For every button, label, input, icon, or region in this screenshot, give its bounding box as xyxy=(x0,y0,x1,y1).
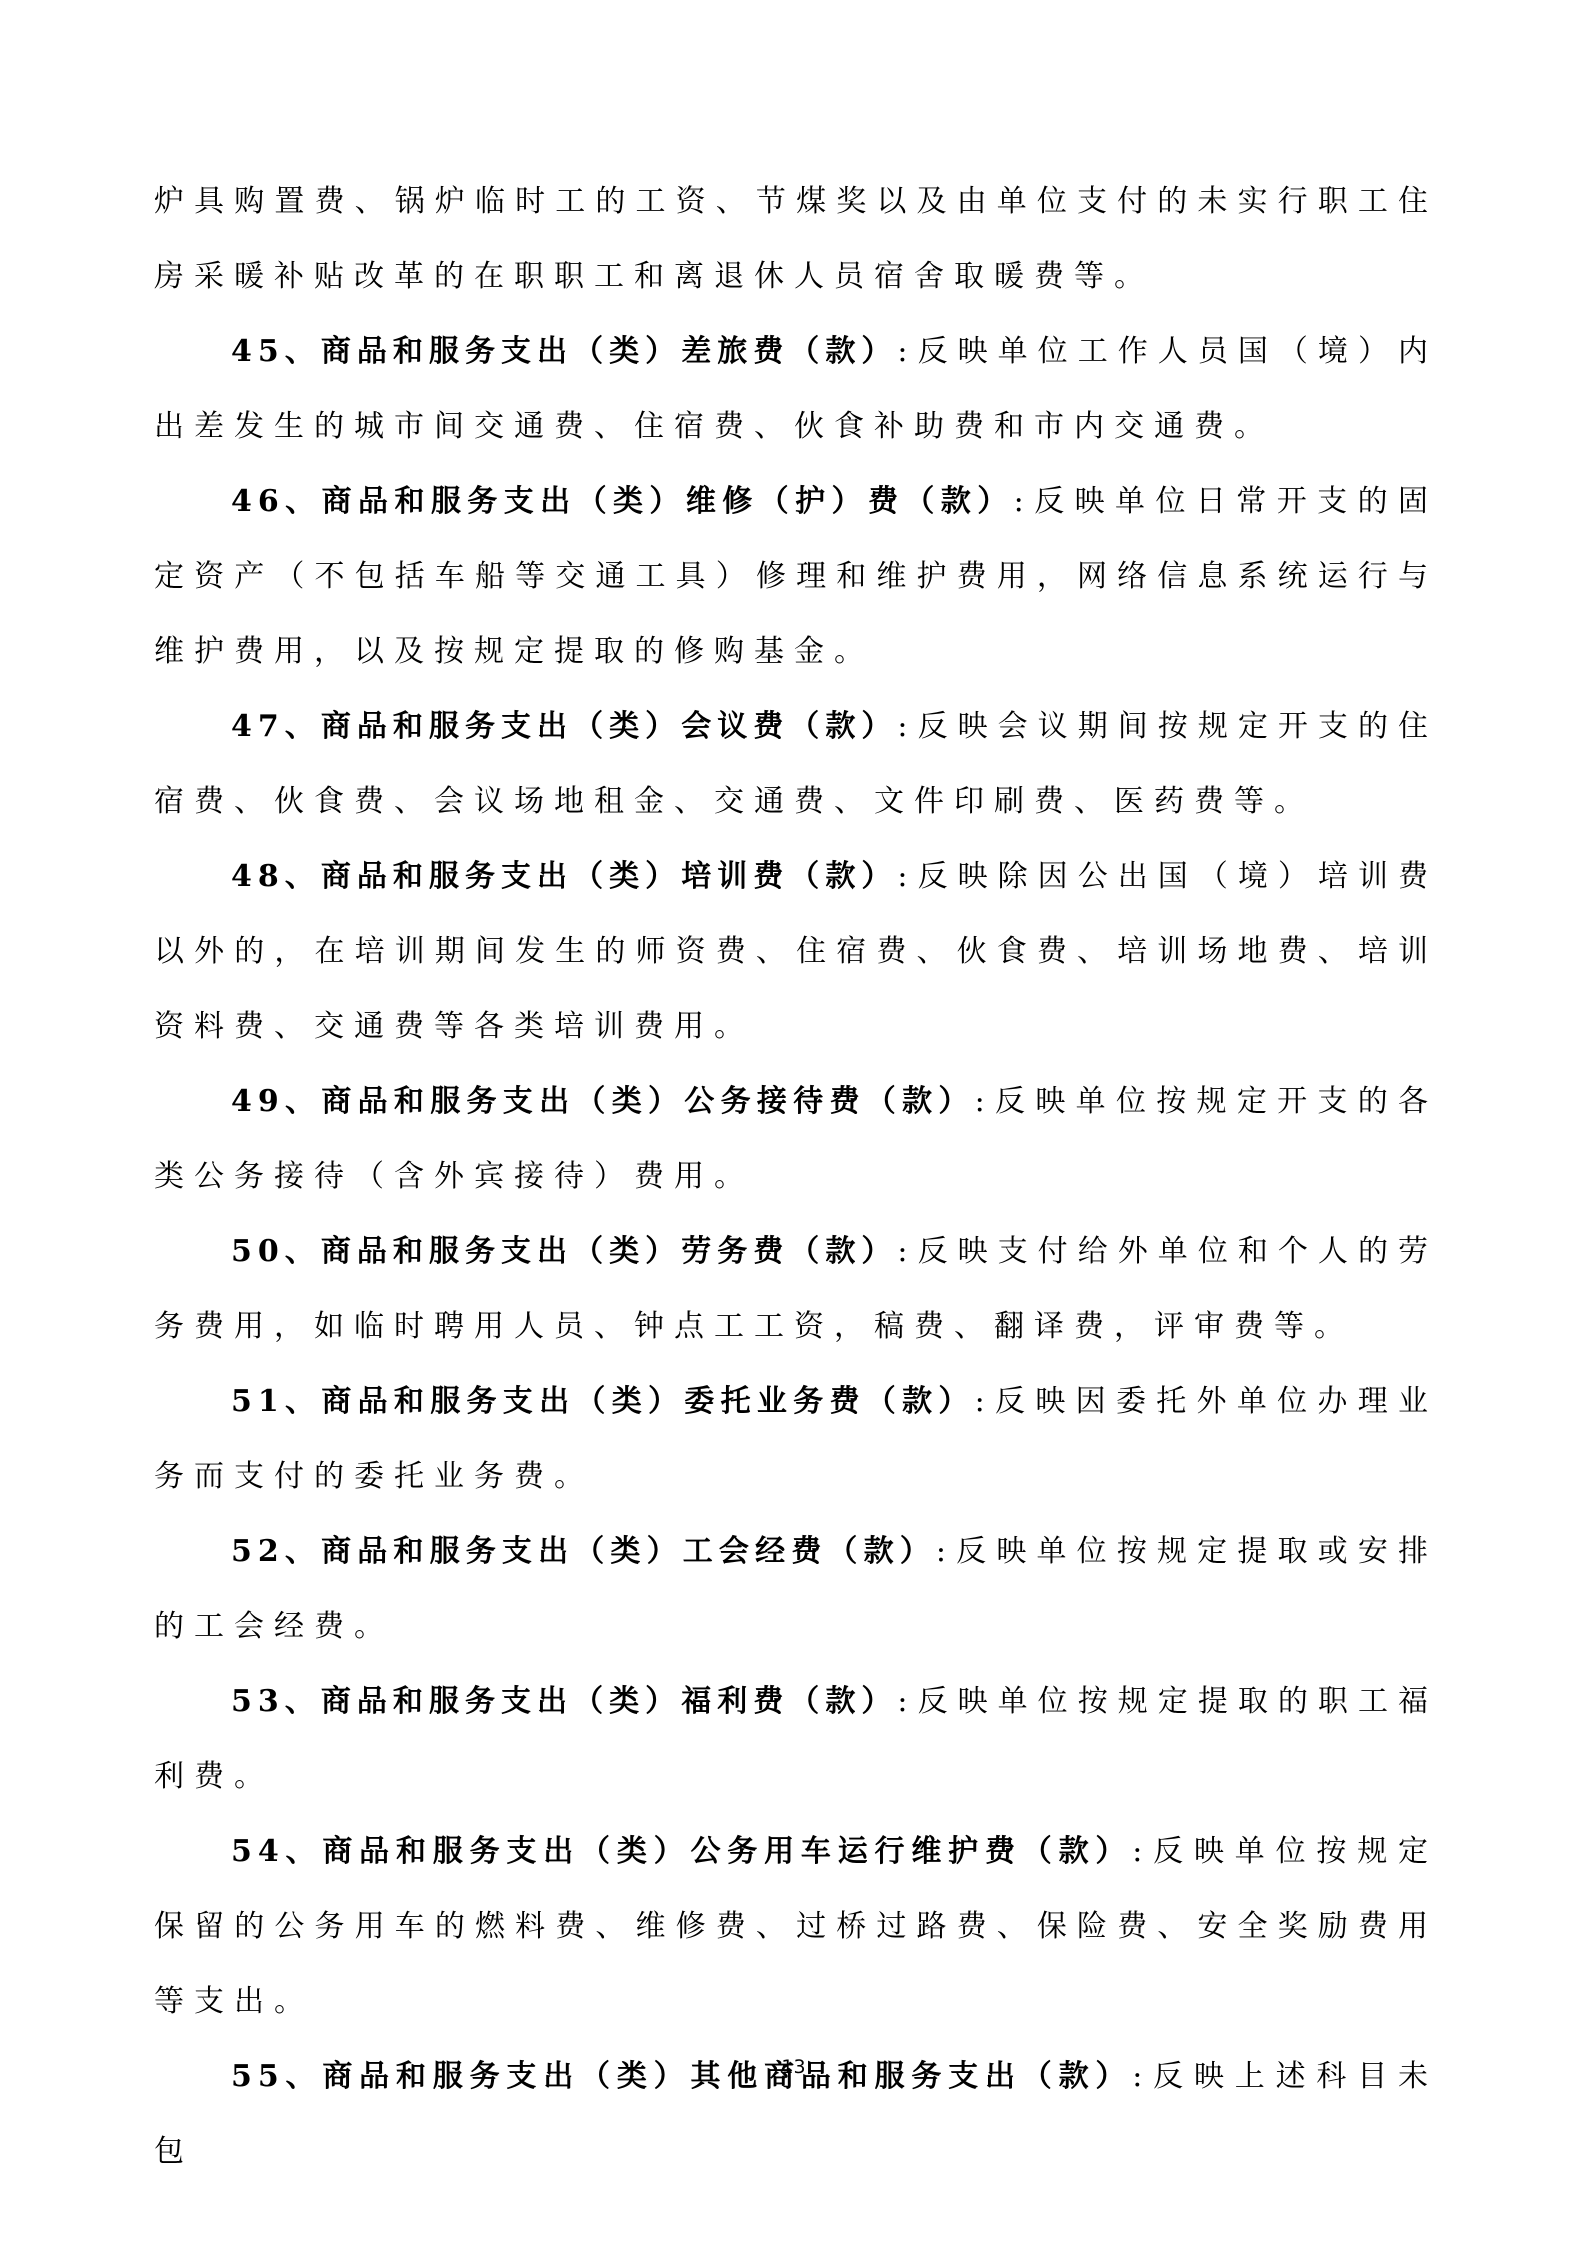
item-heading: 51、商品和服务支出（类）委托业务费（款） xyxy=(231,1384,975,1419)
document-body: 炉具购置费、锅炉临时工的工资、节煤奖以及由单位支付的未实行职工住房采暖补贴改革的… xyxy=(154,164,1438,2189)
item-separator: : xyxy=(1014,484,1034,519)
item-heading: 49、商品和服务支出（类）公务接待费（款） xyxy=(231,1084,975,1119)
list-item-52: 52、商品和服务支出（类）工会经费（款）:反映单位按规定提取或安排的工会经费。 xyxy=(154,1514,1438,1664)
list-item-49: 49、商品和服务支出（类）公务接待费（款）:反映单位按规定开支的各类公务接待（含… xyxy=(154,1064,1438,1214)
item-separator: : xyxy=(936,1534,956,1569)
item-heading: 52、商品和服务支出（类）工会经费（款） xyxy=(231,1534,936,1569)
list-item-46: 46、商品和服务支出（类）维修（护）费（款）:反映单位日常开支的固定资产（不包括… xyxy=(154,464,1438,689)
item-heading: 54、商品和服务支出（类）公务用车运行维护费（款） xyxy=(231,1834,1132,1869)
document-page: 炉具购置费、锅炉临时工的工资、节煤奖以及由单位支付的未实行职工住房采暖补贴改革的… xyxy=(0,0,1587,2245)
item-heading: 46、商品和服务支出（类）维修（护）费（款） xyxy=(231,484,1014,519)
item-heading: 45、商品和服务支出（类）差旅费（款） xyxy=(231,334,897,369)
list-item-53: 53、商品和服务支出（类）福利费（款）:反映单位按规定提取的职工福利费。 xyxy=(154,1664,1438,1814)
list-item-54: 54、商品和服务支出（类）公务用车运行维护费（款）:反映单位按规定保留的公务用车… xyxy=(154,1814,1438,2039)
item-separator: : xyxy=(897,334,917,369)
continuation-paragraph: 炉具购置费、锅炉临时工的工资、节煤奖以及由单位支付的未实行职工住房采暖补贴改革的… xyxy=(154,164,1438,314)
item-heading: 48、商品和服务支出（类）培训费（款） xyxy=(231,859,897,894)
list-item-47: 47、商品和服务支出（类）会议费（款）:反映会议期间按规定开支的住宿费、伙食费、… xyxy=(154,689,1438,839)
item-separator: : xyxy=(897,709,917,744)
item-separator: : xyxy=(975,1384,995,1419)
item-separator: : xyxy=(897,1234,917,1269)
item-separator: : xyxy=(1132,1834,1152,1869)
item-separator: : xyxy=(975,1084,995,1119)
item-separator: : xyxy=(897,1684,917,1719)
item-heading: 53、商品和服务支出（类）福利费（款） xyxy=(231,1684,897,1719)
item-heading: 50、商品和服务支出（类）劳务费（款） xyxy=(231,1234,897,1269)
item-heading: 47、商品和服务支出（类）会议费（款） xyxy=(231,709,897,744)
list-item-51: 51、商品和服务支出（类）委托业务费（款）:反映因委托外单位办理业务而支付的委托… xyxy=(154,1364,1438,1514)
item-separator: : xyxy=(897,859,917,894)
list-item-48: 48、商品和服务支出（类）培训费（款）:反映除因公出国（境）培训费以外的，在培训… xyxy=(154,839,1438,1064)
list-item-50: 50、商品和服务支出（类）劳务费（款）:反映支付给外单位和个人的劳务费用，如临时… xyxy=(154,1214,1438,1364)
list-item-45: 45、商品和服务支出（类）差旅费（款）:反映单位工作人员国（境）内出差发生的城市… xyxy=(154,314,1438,464)
page-number: 13 xyxy=(0,2052,1587,2082)
